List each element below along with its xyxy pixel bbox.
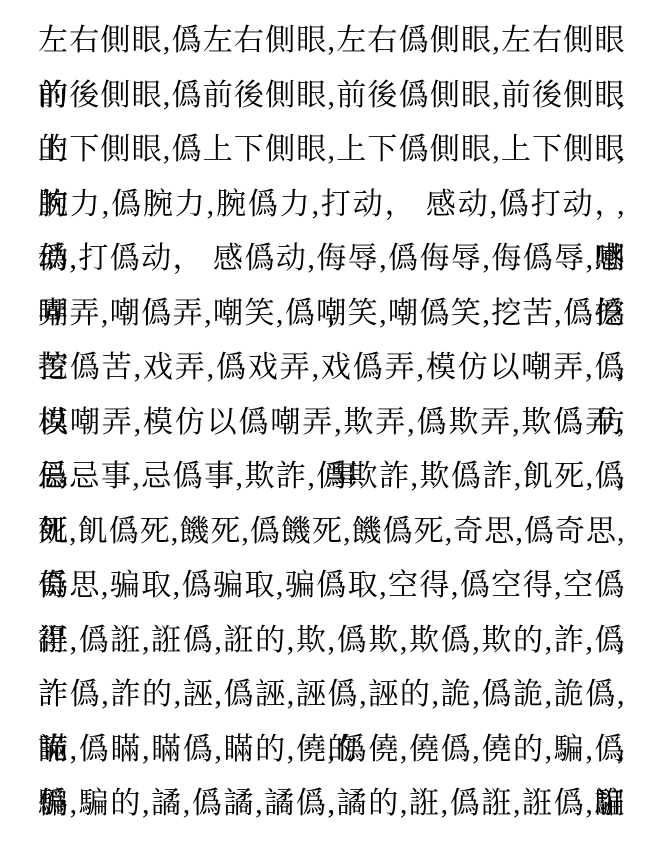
text-line: 僞思,骗取,僞骗取,骗僞取,空得,僞空得,空僞得, xyxy=(38,559,625,614)
text-line: 瞞,僞瞞,瞞僞,瞞的,僥,僞僥,僥僞,僥的,騙,僞騙,騙 xyxy=(38,723,625,778)
text-line: 前後側眼,僞前後側眼,前後僞側眼,前後側眼的, xyxy=(38,69,625,124)
text-line: 誑,僞誑,誑僞,誑的,欺,僞欺,欺僞,欺的,詐,僞詐, xyxy=(38,614,625,669)
text-line: 以嘲弄,模仿以僞嘲弄,欺弄,僞欺弄,欺僞弄,忌事, xyxy=(38,396,625,451)
text-line: 詐僞,詐的,誣,僞誣,誣僞,誣的,詭,僞詭,詭僞,詭的, xyxy=(38,668,625,723)
text-line: 死,飢僞死,饑死,僞饑死,饑僞死,奇思,僞奇思,奇 xyxy=(38,505,625,560)
text-line: 僞,騙的,譎,僞譎,譎僞,譎的,誑,僞誑,誑僞,誑的, xyxy=(38,777,625,832)
text-line: 挖僞苦,戏弄,僞戏弄,戏僞弄,模仿以嘲弄,僞模仿 xyxy=(38,341,625,396)
document-page: 左右側眼,僞左右側眼,左右僞側眼,左右側眼的, 前後側眼,僞前後側眼,前後僞側眼… xyxy=(0,0,661,841)
text-line: 嘲弄,嘲僞弄,嘲笑,僞嘲笑,嘲僞笑,挖苦,僞挖苦, xyxy=(38,287,625,342)
text-line: 僞忌事,忌僞事,欺詐,僞欺詐,欺僞詐,飢死,僞飢 xyxy=(38,450,625,505)
text-line: 上下側眼,僞上下側眼,上下僞側眼,上下側眼的, xyxy=(38,123,625,178)
text-line: 动,打僞动， 感僞动,侮辱,僞侮辱,侮僞辱,嘲弄,僞 xyxy=(38,232,625,287)
text-line: 左右側眼,僞左右側眼,左右僞側眼,左右側眼的, xyxy=(38,14,625,69)
text-line: 腕力,僞腕力,腕僞力,打动， 感动,僞打动， 僞感 xyxy=(38,178,625,233)
